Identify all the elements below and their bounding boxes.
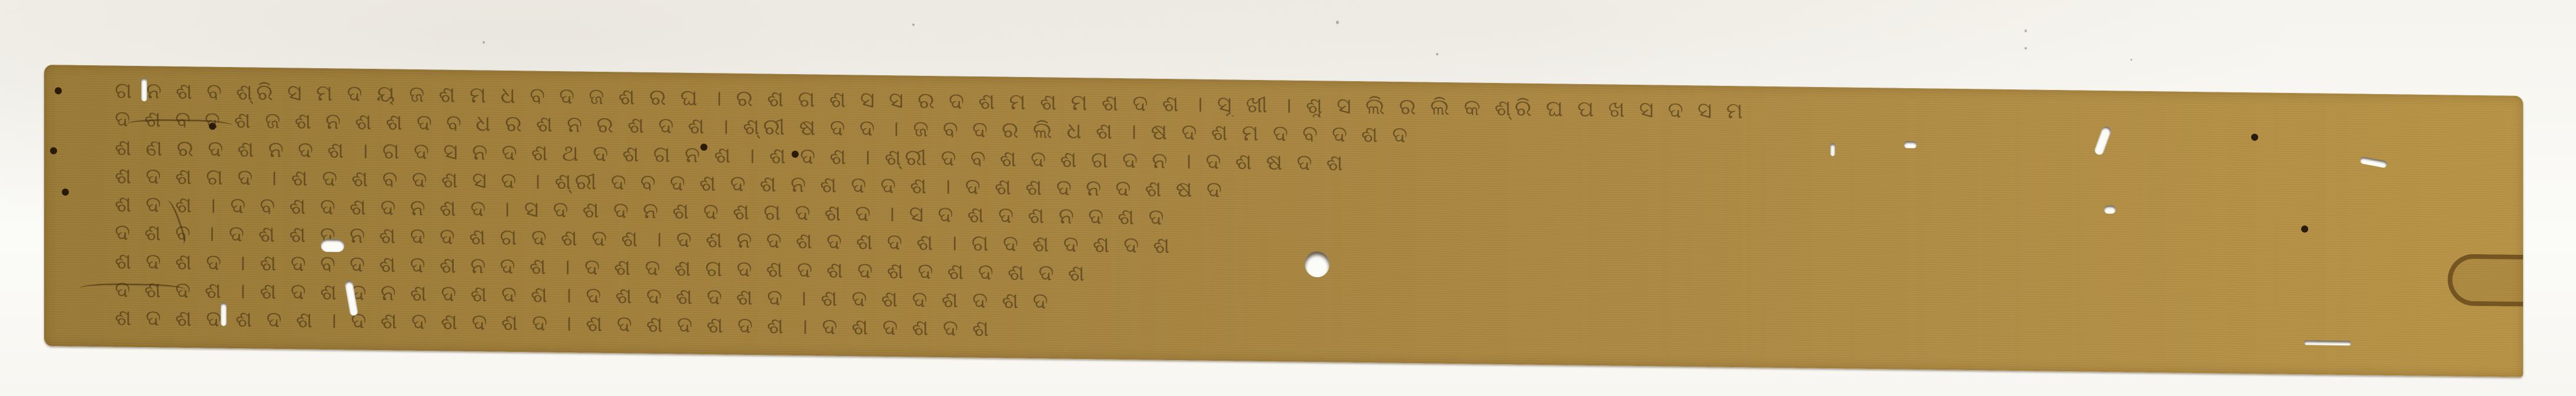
pin-hole [62,188,69,195]
pin-hole [50,147,57,154]
pin-hole [55,87,62,94]
worm-hole [2104,205,2116,214]
worm-hole [321,239,344,252]
pin-hole [700,144,707,151]
worm-hole [1904,141,1917,148]
pin-hole [2251,134,2258,141]
worm-hole [221,302,227,326]
worm-hole [1830,143,1835,156]
script-text-block: ଗ ନ ଶ ବ ଶ୍ରି ସ ମ ଦ ୟ ଜ ଶ ମ ଧ ବ ଦ ଜ ଶ ର ଘ… [115,79,2376,358]
palm-leaf: ଗ ନ ଶ ବ ଶ୍ରି ସ ମ ଦ ୟ ଜ ଶ ମ ଧ ବ ଦ ଜ ଶ ର ଘ… [44,65,2523,377]
pin-hole [792,151,799,158]
string-hole [1305,251,1329,278]
manuscript-photo: ଗ ନ ଶ ବ ଶ୍ରି ସ ମ ଦ ୟ ଜ ଶ ମ ଧ ବ ଦ ଜ ଶ ର ଘ… [0,0,2576,396]
pin-hole [2301,225,2308,232]
worm-hole [141,78,147,101]
surface-crack [79,283,185,298]
edge-damage [2304,340,2351,345]
tie-mark [2448,254,2523,307]
